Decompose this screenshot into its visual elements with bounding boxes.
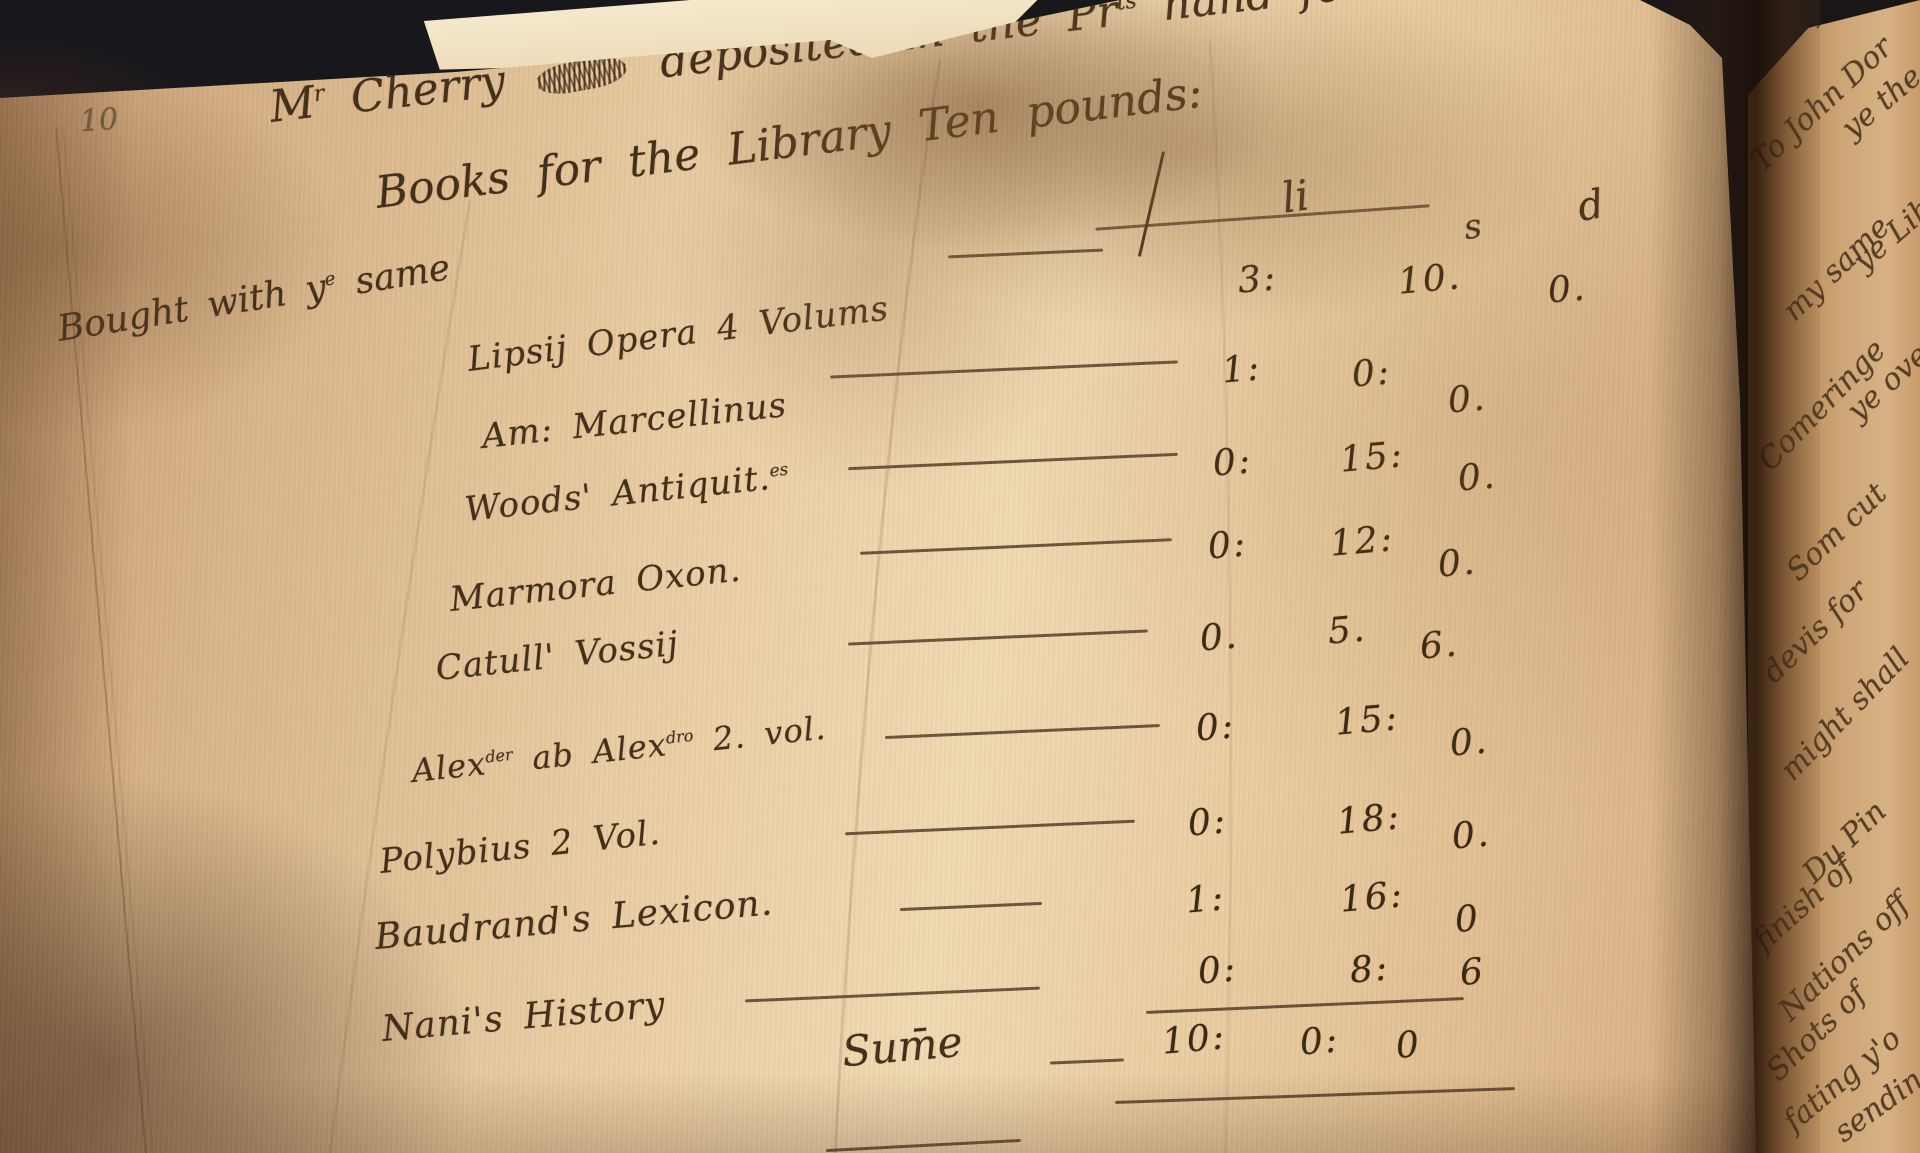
facing-page-edge: EffTo John Dorye themy sameye LibComerin… (1748, 0, 1920, 1153)
facing-page-fragment: Som cut (1780, 476, 1894, 588)
facing-page-fragment: Eff (1781, 0, 1837, 43)
facing-page-fragment: devis for (1756, 573, 1875, 690)
ledger-page: 10 Mr Cherry deposited in the Prts hand … (0, 0, 1920, 1153)
manuscript-photo: 10 Mr Cherry deposited in the Prts hand … (0, 0, 1920, 1153)
page-creases (0, 0, 1920, 1153)
